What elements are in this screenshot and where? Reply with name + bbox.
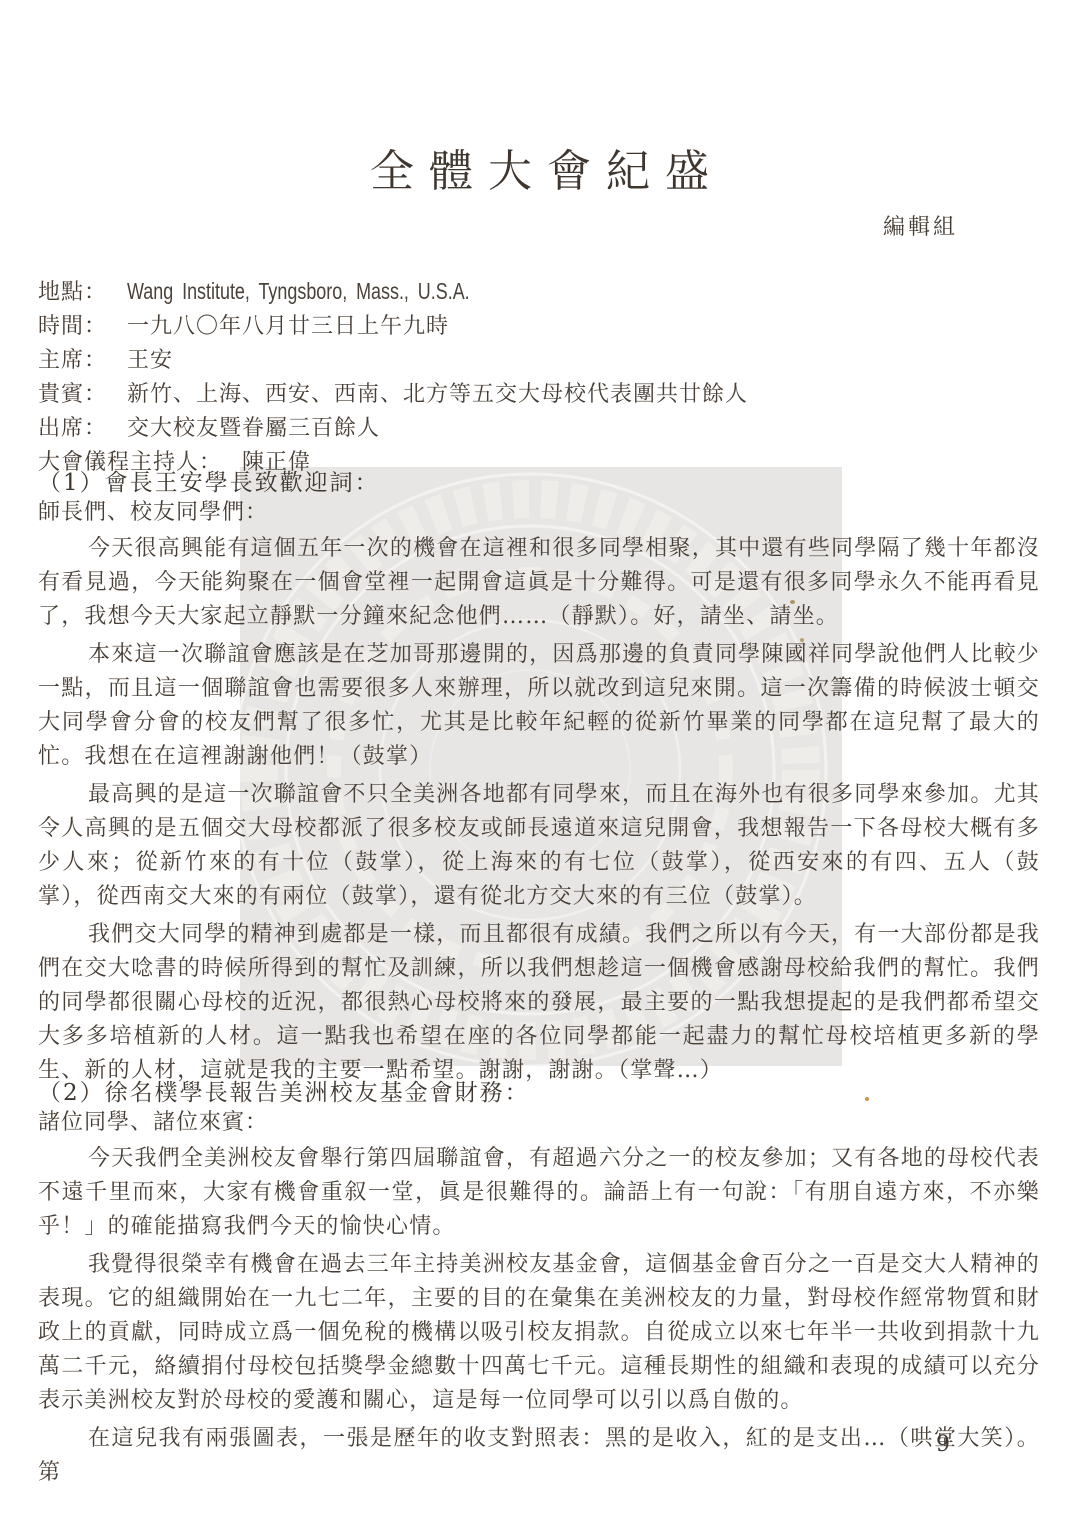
- paragraph: 在這兒我有兩張圖表，一張是歷年的收支對照表：黑的是收入，紅的是支出…（哄堂大笑）…: [38, 1422, 1040, 1490]
- section-2-salutation: 諸位同學、諸位來賓：: [38, 1108, 1040, 1138]
- meta-row-time: 時間：一九八〇年八月廿三日上午九時: [38, 310, 1040, 344]
- section-2: （2）徐名樸學長報告美洲校友基金會財務： 諸位同學、諸位來賓： 今天我們全美洲校…: [38, 1078, 1040, 1490]
- paragraph: 我們交大同學的精神到處都是一樣，而且都很有成績。我們之所以有今天，有一大部份都是…: [38, 918, 1040, 1088]
- scan-speck: [800, 638, 804, 642]
- meta-row-attendance: 出席：交大校友暨眷屬三百餘人: [38, 412, 1040, 446]
- meta-label: 主席：: [38, 348, 107, 373]
- section-1-salutation: 師長們、校友同學們：: [38, 498, 1040, 528]
- meta-row-guests: 貴賓：新竹、上海、西安、西南、北方等五交大母校代表團共廿餘人: [38, 378, 1040, 412]
- meta-label: 地點：: [38, 280, 107, 305]
- meta-label: 貴賓：: [38, 382, 107, 407]
- paragraph: 我覺得很榮幸有機會在過去三年主持美洲校友基金會，這個基金會百分之一百是交大人精神…: [38, 1248, 1040, 1418]
- meta-label: 出席：: [38, 416, 107, 441]
- meta-value: Wang Institute, Tyngsboro, Mass., U.S.A.: [127, 274, 470, 308]
- section-1: （1）會長王安學長致歡迎詞： 師長們、校友同學們： 今天很高興能有這個五年一次的…: [38, 468, 1040, 1088]
- meta-row-chairman: 主席：王安: [38, 344, 1040, 378]
- meta-row-location: 地點：Wang Institute, Tyngsboro, Mass., U.S…: [38, 274, 1040, 310]
- paragraph: 最高興的是這一次聯誼會不只全美洲各地都有同學來，而且在海外也有很多同學來參加。尤…: [38, 778, 1040, 914]
- scan-speck: [790, 600, 795, 604]
- meta-value: 一九八〇年八月廿三日上午九時: [127, 314, 449, 339]
- scan-speck: [865, 1097, 869, 1101]
- document-content: 全體大會紀盛 編輯組 地點：Wang Institute, Tyngsboro,…: [0, 0, 1078, 1490]
- meta-label: 時間：: [38, 314, 107, 339]
- meta-value: 王安: [127, 348, 173, 373]
- byline: 編輯組: [38, 214, 1040, 242]
- paragraph: 本來這一次聯誼會應該是在芝加哥那邊開的，因爲那邊的負責同學陳國祥同學說他們人比較…: [38, 638, 1040, 774]
- meta-value: 新竹、上海、西安、西南、北方等五交大母校代表團共廿餘人: [127, 382, 748, 407]
- paragraph: 今天我們全美洲校友會舉行第四屆聯誼會，有超過六分之一的校友參加；又有各地的母校代…: [38, 1142, 1040, 1244]
- document-page: 全體大會紀盛 編輯組 地點：Wang Institute, Tyngsboro,…: [0, 0, 1078, 1536]
- paragraph: 今天很高興能有這個五年一次的機會在這裡和很多同學相聚，其中還有些同學隔了幾十年都…: [38, 532, 1040, 634]
- meta-value: 交大校友暨眷屬三百餘人: [127, 416, 380, 441]
- page-title: 全體大會紀盛: [38, 0, 1040, 198]
- section-1-heading: （1）會長王安學長致歡迎詞：: [38, 468, 1040, 498]
- meta-block: 地點：Wang Institute, Tyngsboro, Mass., U.S…: [38, 274, 1040, 480]
